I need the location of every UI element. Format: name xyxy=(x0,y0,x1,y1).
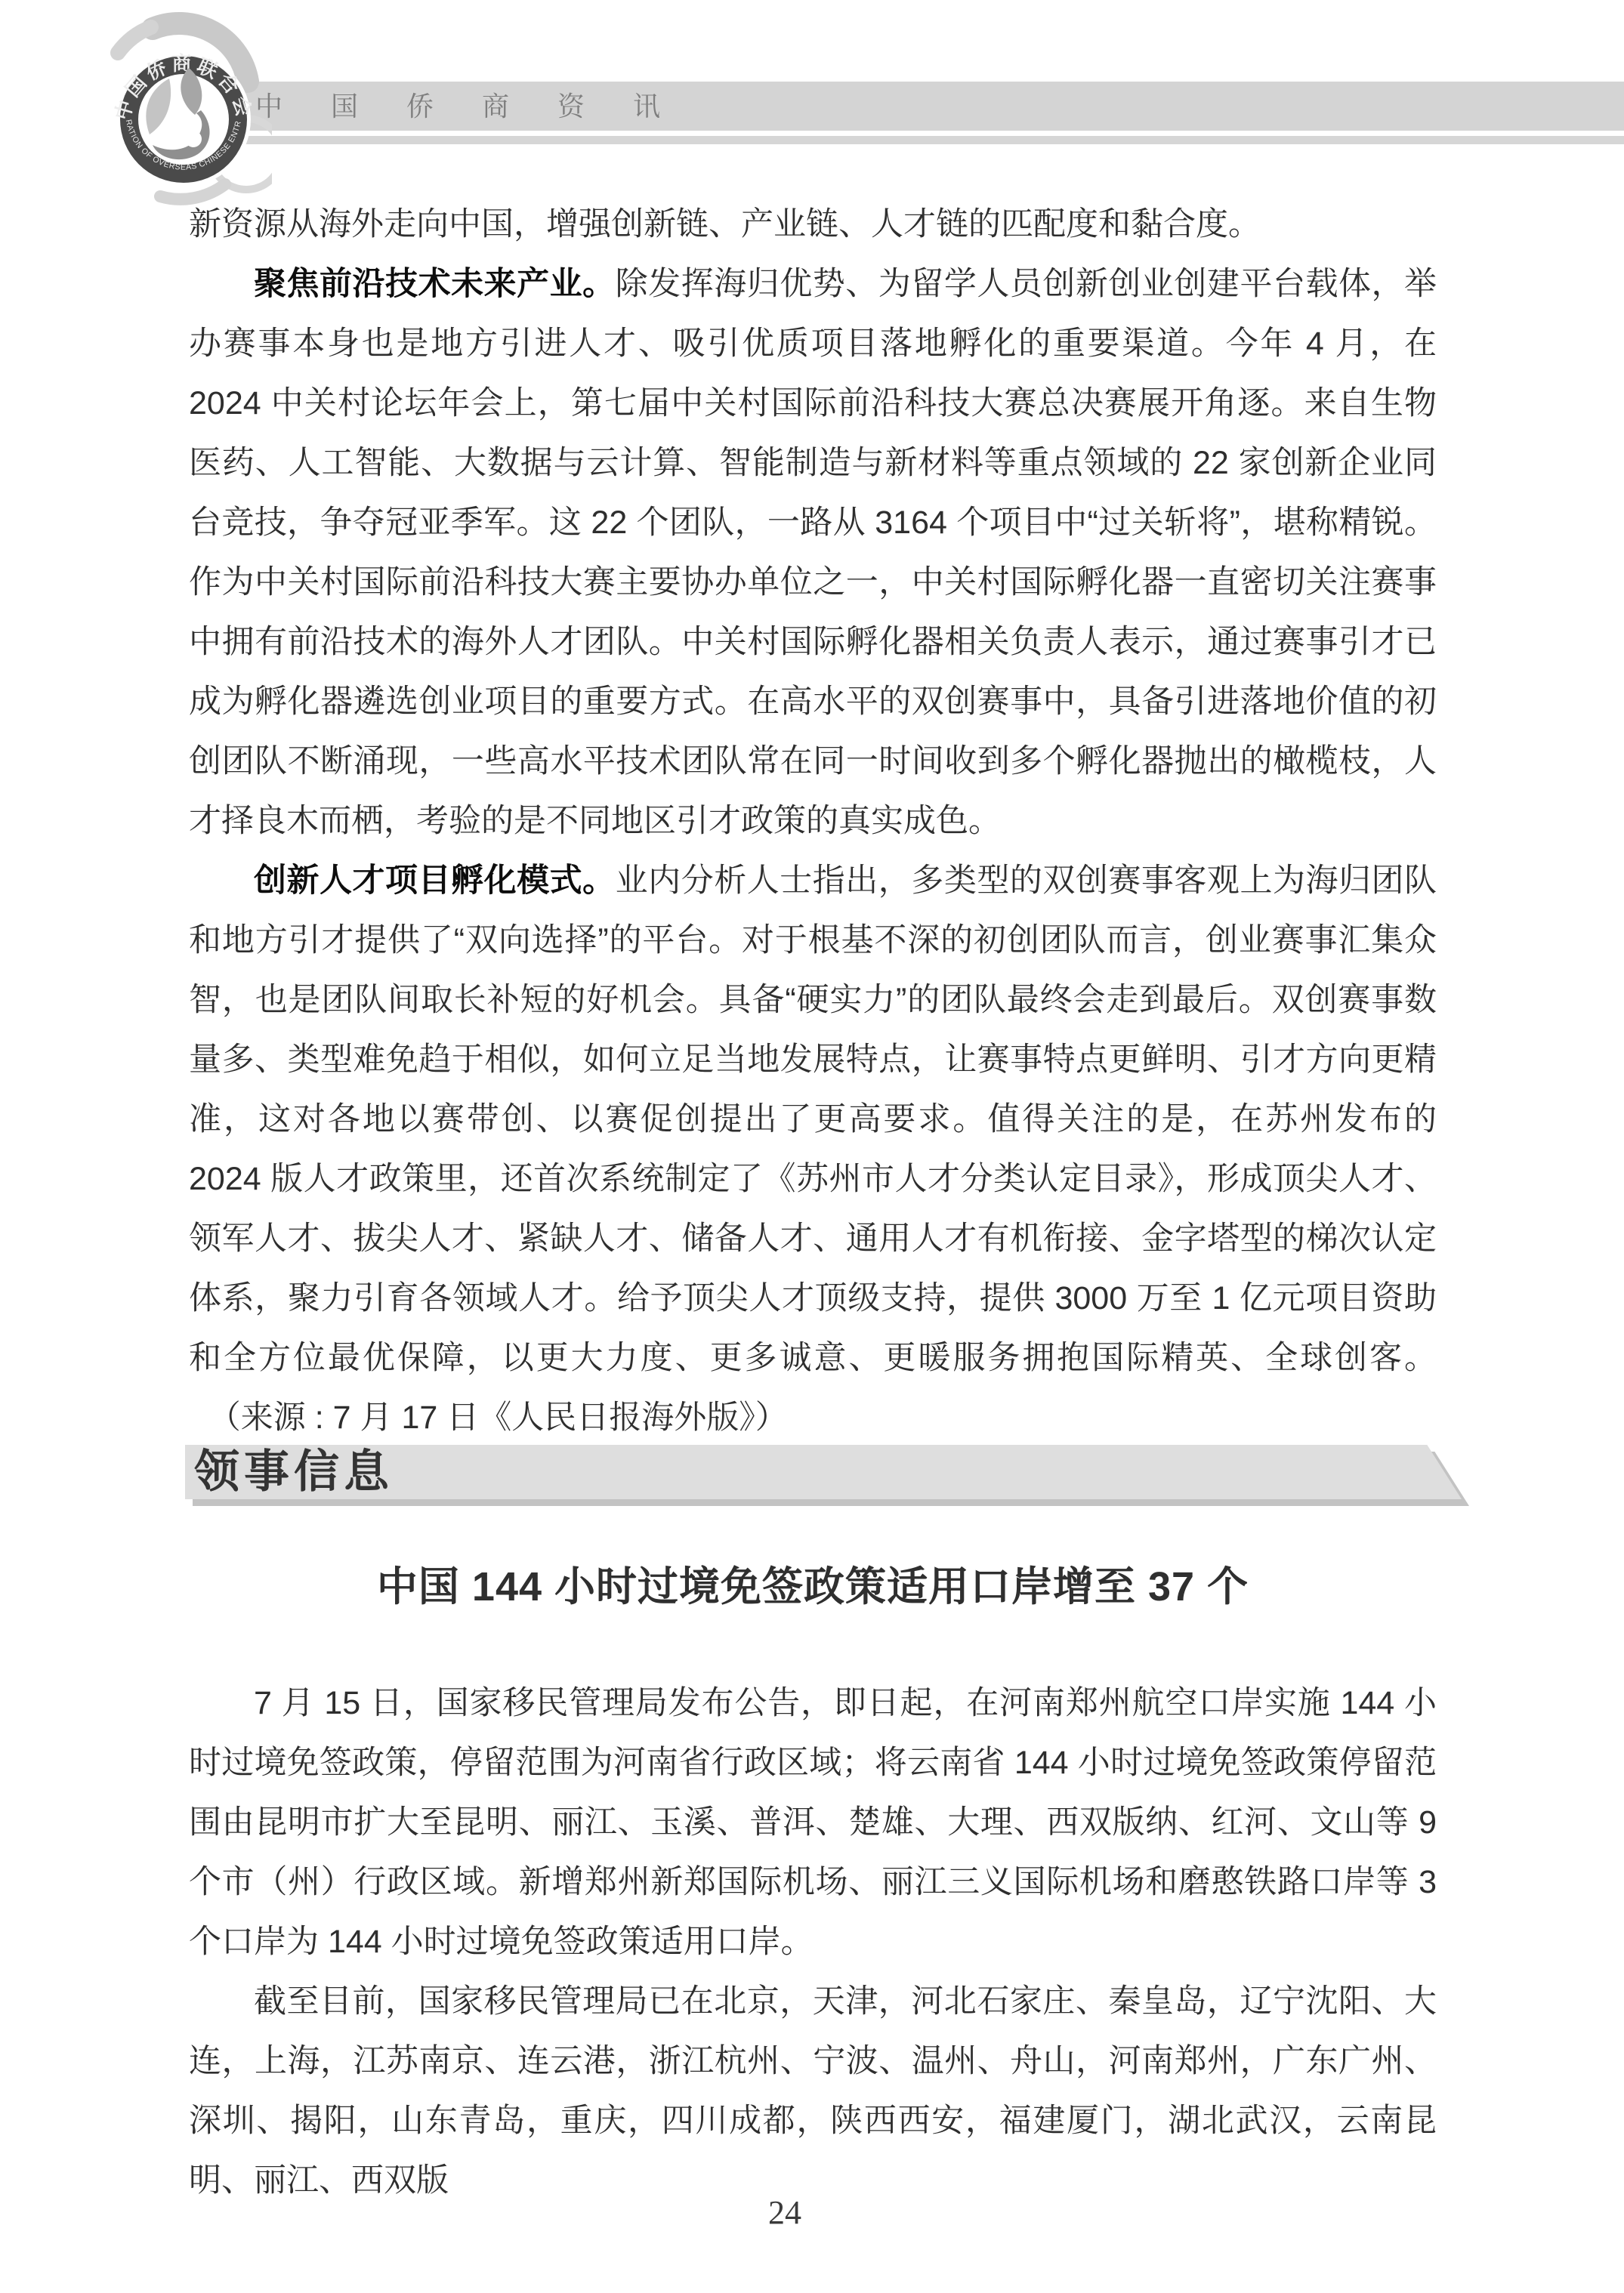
document-page: 中国侨商资讯 中国侨商联合会 CHINA FEDERATION OF OVERS… xyxy=(0,0,1624,2293)
masthead-title: 中国侨商资讯 xyxy=(255,82,709,131)
section-banner-label: 领事信息 xyxy=(185,1445,394,1499)
masthead-underline xyxy=(210,136,1624,144)
paragraph-text: 除发挥海归优势、为留学人员创新创业创建平台载体，举办赛事本身也是地方引进人才、吸… xyxy=(189,266,1437,839)
paragraph: 截至目前，国家移民管理局已在北京，天津，河北石家庄、秦皇岛，辽宁沈阳、大连，上海… xyxy=(189,1972,1437,2211)
paragraph-text: 业内分析人士指出，多类型的双创赛事客观上为海归团队和地方引才提供了“双向选择”的… xyxy=(189,863,1437,1376)
paragraph: 新资源从海外走向中国，增强创新链、产业链、人才链的匹配度和黏合度。 xyxy=(189,195,1437,255)
paragraph: 7 月 15 日，国家移民管理局发布公告，即日起，在河南郑州航空口岸实施 144… xyxy=(189,1674,1437,1972)
article-transit-visa: 7 月 15 日，国家移民管理局发布公告，即日起，在河南郑州航空口岸实施 144… xyxy=(189,1674,1437,2211)
article-talent-programs: 新资源从海外走向中国，增强创新链、产业链、人才链的匹配度和黏合度。 聚焦前沿技术… xyxy=(189,195,1437,1448)
paragraph-lead: 创新人才项目孵化模式。 xyxy=(254,863,616,899)
section-banner-face: 领事信息 xyxy=(185,1445,1462,1499)
paragraph-text: 新资源从海外走向中国，增强创新链、产业链、人才链的匹配度和黏合度。 xyxy=(189,206,1261,242)
petal-shape xyxy=(118,27,151,53)
paragraph-text: 7 月 15 日，国家移民管理局发布公告，即日起，在河南郑州航空口岸实施 144… xyxy=(189,1685,1437,1960)
article-title: 中国 144 小时过境免签政策适用口岸增至 37 个 xyxy=(189,1557,1437,1616)
paragraph-text: 截至目前，国家移民管理局已在北京，天津，河北石家庄、秦皇岛，辽宁沈阳、大连，上海… xyxy=(189,1983,1437,2199)
paragraph-lead: 聚焦前沿技术未来产业。 xyxy=(254,266,616,302)
paragraph: 聚焦前沿技术未来产业。除发挥海归优势、为留学人员创新创业创建平台载体，举办赛事本… xyxy=(189,255,1437,851)
source-note: （来源 : 7 月 17 日《人民日报海外版》） xyxy=(189,1400,788,1436)
page-number: 24 xyxy=(0,2193,1570,2232)
section-banner: 领事信息 xyxy=(185,1445,1462,1499)
paragraph: 创新人才项目孵化模式。业内分析人士指出，多类型的双创赛事客观上为海归团队和地方引… xyxy=(189,851,1437,1448)
